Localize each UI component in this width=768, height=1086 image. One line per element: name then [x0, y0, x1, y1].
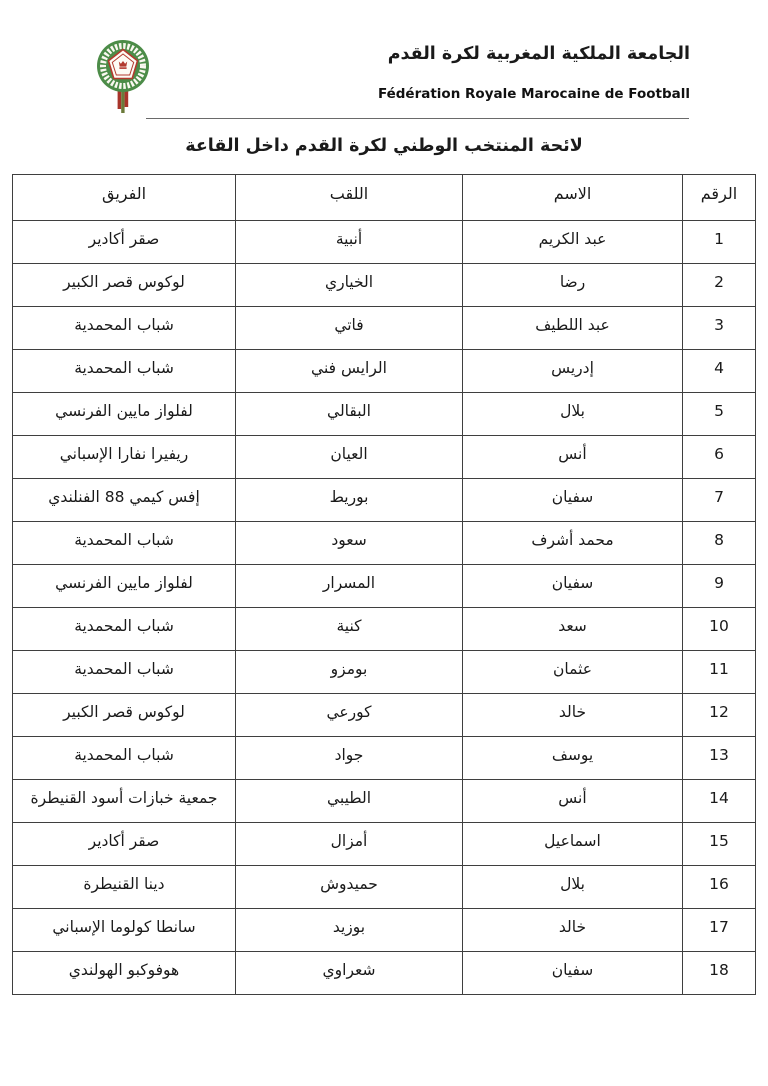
- table-row: 17خالدبوزيدسانطا كولوما الإسباني: [13, 909, 756, 952]
- table-row: 8محمد أشرفسعودشباب المحمدية: [13, 522, 756, 565]
- cell-team: شباب المحمدية: [13, 307, 236, 350]
- cell-team: شباب المحمدية: [13, 737, 236, 780]
- cell-name: خالد: [463, 694, 683, 737]
- col-header-team: الفريق: [13, 175, 236, 221]
- table-header-row: الرقمالاسماللقبالفريق: [13, 175, 756, 221]
- players-table-wrap: الرقمالاسماللقبالفريق 1عبد الكريمأنبيةصق…: [13, 174, 756, 995]
- table-row: 16بلالحميدوشدينا القنيطرة: [13, 866, 756, 909]
- cell-surname: بومزو: [236, 651, 463, 694]
- cell-name: خالد: [463, 909, 683, 952]
- cell-num: 10: [683, 608, 756, 651]
- cell-team: شباب المحمدية: [13, 651, 236, 694]
- org-name-arabic: الجامعة الملكية المغربية لكرة القدم: [378, 44, 690, 64]
- cell-name: عبد اللطيف: [463, 307, 683, 350]
- cell-name: بلال: [463, 393, 683, 436]
- header-divider: [146, 118, 689, 119]
- cell-name: أنس: [463, 436, 683, 479]
- cell-surname: الخياري: [236, 264, 463, 307]
- cell-surname: شعراوي: [236, 952, 463, 995]
- cell-team: صقر أكادير: [13, 221, 236, 264]
- cell-name: يوسف: [463, 737, 683, 780]
- cell-num: 5: [683, 393, 756, 436]
- cell-num: 2: [683, 264, 756, 307]
- cell-name: سعد: [463, 608, 683, 651]
- table-row: 2رضاالخياريلوكوس قصر الكبير: [13, 264, 756, 307]
- cell-surname: بوزيد: [236, 909, 463, 952]
- players-table: الرقمالاسماللقبالفريق 1عبد الكريمأنبيةصق…: [12, 174, 756, 995]
- cell-name: سفيان: [463, 952, 683, 995]
- table-row: 18سفيانشعراويهوفوكبو الهولندي: [13, 952, 756, 995]
- cell-name: رضا: [463, 264, 683, 307]
- cell-team: ريفيرا نفارا الإسباني: [13, 436, 236, 479]
- cell-team: جمعية خبازات أسود القنيطرة: [13, 780, 236, 823]
- header-org-names: الجامعة الملكية المغربية لكرة القدم Fédé…: [378, 44, 690, 102]
- col-header-num: الرقم: [683, 175, 756, 221]
- cell-num: 18: [683, 952, 756, 995]
- table-row: 6أنسالعيانريفيرا نفارا الإسباني: [13, 436, 756, 479]
- table-row: 5بلالالبقاليلفلواز مايين الفرنسي: [13, 393, 756, 436]
- cell-name: بلال: [463, 866, 683, 909]
- cell-num: 7: [683, 479, 756, 522]
- cell-team: سانطا كولوما الإسباني: [13, 909, 236, 952]
- table-row: 10سعدكنيةشباب المحمدية: [13, 608, 756, 651]
- cell-team: شباب المحمدية: [13, 608, 236, 651]
- cell-team: إفس كيمي 88 الفنلندي: [13, 479, 236, 522]
- cell-surname: الطيبي: [236, 780, 463, 823]
- cell-num: 15: [683, 823, 756, 866]
- cell-surname: جواد: [236, 737, 463, 780]
- table-row: 13يوسفجوادشباب المحمدية: [13, 737, 756, 780]
- cell-team: هوفوكبو الهولندي: [13, 952, 236, 995]
- cell-name: سفيان: [463, 565, 683, 608]
- table-row: 7سفيانبوريطإفس كيمي 88 الفنلندي: [13, 479, 756, 522]
- cell-surname: أنبية: [236, 221, 463, 264]
- federation-crest-icon: [95, 38, 151, 116]
- cell-name: اسماعيل: [463, 823, 683, 866]
- cell-team: لوكوس قصر الكبير: [13, 264, 236, 307]
- cell-name: عثمان: [463, 651, 683, 694]
- cell-surname: كورعي: [236, 694, 463, 737]
- cell-surname: المسرار: [236, 565, 463, 608]
- cell-surname: أمزال: [236, 823, 463, 866]
- cell-surname: فاتي: [236, 307, 463, 350]
- cell-surname: الرايس فني: [236, 350, 463, 393]
- frmf-logo: [95, 38, 151, 116]
- cell-num: 11: [683, 651, 756, 694]
- cell-num: 8: [683, 522, 756, 565]
- cell-team: لوكوس قصر الكبير: [13, 694, 236, 737]
- cell-name: سفيان: [463, 479, 683, 522]
- table-row: 15اسماعيلأمزالصقر أكادير: [13, 823, 756, 866]
- table-row: 12خالدكورعيلوكوس قصر الكبير: [13, 694, 756, 737]
- cell-num: 9: [683, 565, 756, 608]
- cell-name: محمد أشرف: [463, 522, 683, 565]
- cell-num: 13: [683, 737, 756, 780]
- cell-surname: العيان: [236, 436, 463, 479]
- cell-surname: بوريط: [236, 479, 463, 522]
- cell-num: 12: [683, 694, 756, 737]
- col-header-name: الاسم: [463, 175, 683, 221]
- cell-team: صقر أكادير: [13, 823, 236, 866]
- cell-num: 3: [683, 307, 756, 350]
- cell-team: لفلواز مايين الفرنسي: [13, 393, 236, 436]
- table-row: 14أنسالطيبيجمعية خبازات أسود القنيطرة: [13, 780, 756, 823]
- cell-surname: حميدوش: [236, 866, 463, 909]
- cell-num: 1: [683, 221, 756, 264]
- cell-team: لفلواز مايين الفرنسي: [13, 565, 236, 608]
- org-name-french: Fédération Royale Marocaine de Football: [378, 86, 690, 102]
- cell-num: 6: [683, 436, 756, 479]
- cell-surname: سعود: [236, 522, 463, 565]
- cell-name: أنس: [463, 780, 683, 823]
- table-row: 4إدريسالرايس فنيشباب المحمدية: [13, 350, 756, 393]
- col-header-surname: اللقب: [236, 175, 463, 221]
- cell-team: شباب المحمدية: [13, 522, 236, 565]
- table-row: 9سفيانالمسرارلفلواز مايين الفرنسي: [13, 565, 756, 608]
- cell-num: 14: [683, 780, 756, 823]
- cell-num: 16: [683, 866, 756, 909]
- document-title: لائحة المنتخب الوطني لكرة القدم داخل الق…: [0, 136, 768, 156]
- cell-surname: البقالي: [236, 393, 463, 436]
- table-row: 1عبد الكريمأنبيةصقر أكادير: [13, 221, 756, 264]
- cell-name: إدريس: [463, 350, 683, 393]
- table-row: 3عبد اللطيففاتيشباب المحمدية: [13, 307, 756, 350]
- cell-num: 4: [683, 350, 756, 393]
- cell-name: عبد الكريم: [463, 221, 683, 264]
- cell-num: 17: [683, 909, 756, 952]
- cell-surname: كنية: [236, 608, 463, 651]
- cell-team: دينا القنيطرة: [13, 866, 236, 909]
- cell-team: شباب المحمدية: [13, 350, 236, 393]
- players-table-body: 1عبد الكريمأنبيةصقر أكادير2رضاالخياريلوك…: [13, 221, 756, 995]
- table-row: 11عثمانبومزوشباب المحمدية: [13, 651, 756, 694]
- document-page: الجامعة الملكية المغربية لكرة القدم Fédé…: [0, 0, 768, 1086]
